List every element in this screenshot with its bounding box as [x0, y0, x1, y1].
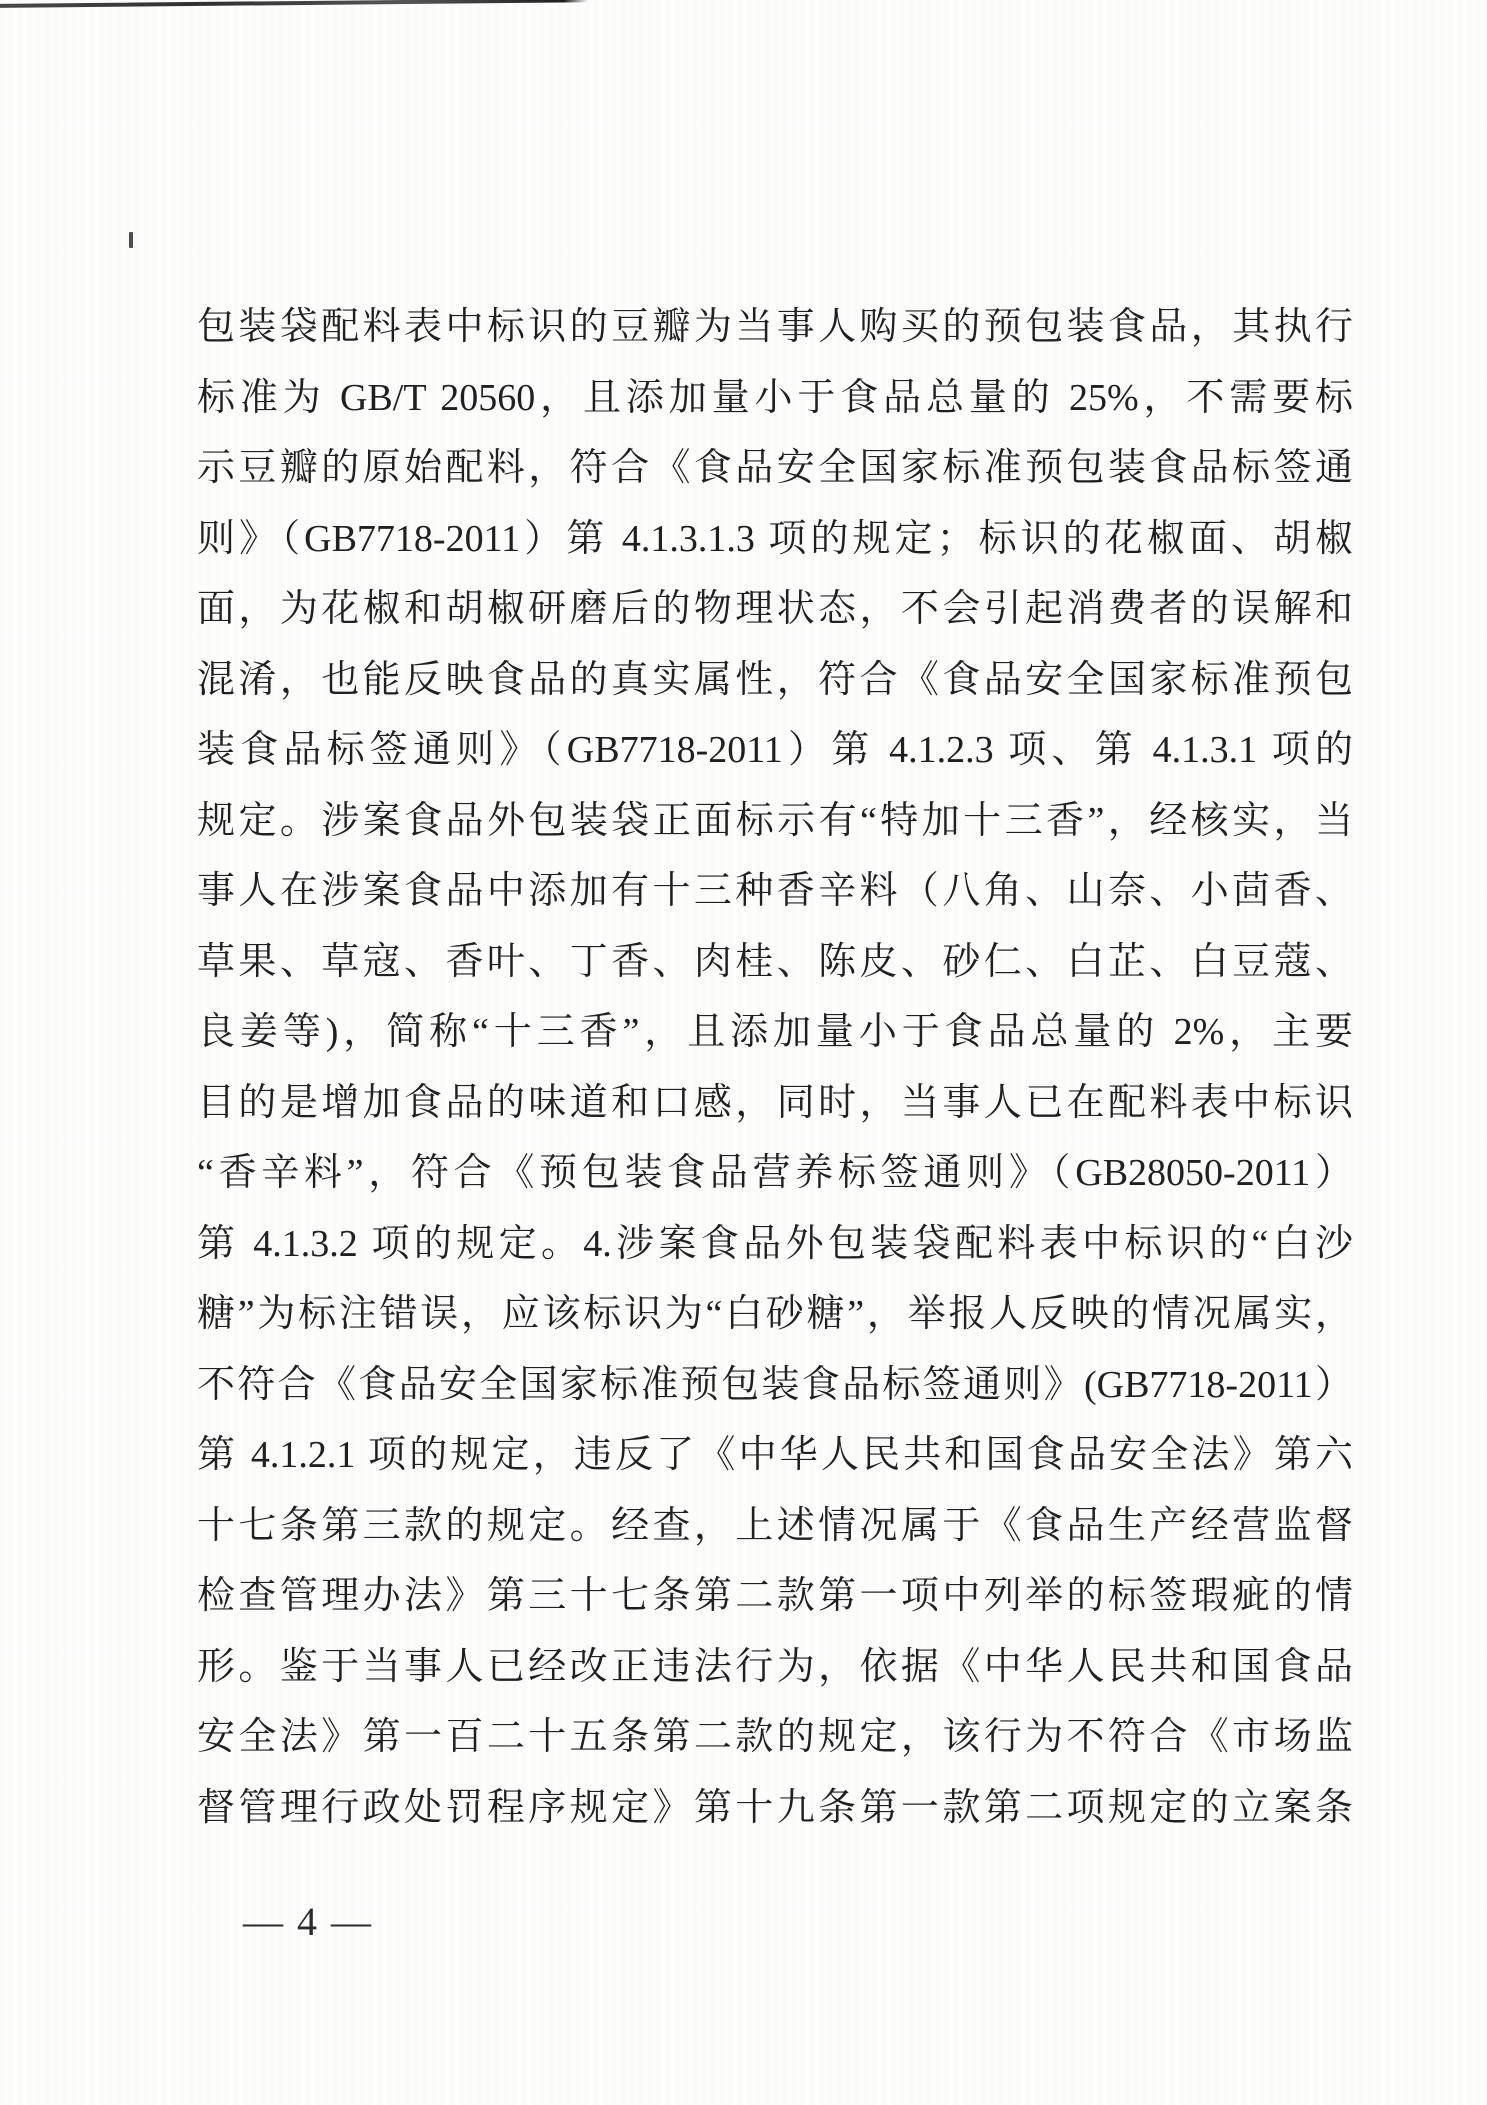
scan-artifact-top-edge	[0, 0, 588, 8]
text-line: 第 4.1.2.1 项的规定，违反了《中华人民共和国食品安全法》第六	[197, 1420, 1353, 1491]
text-line: 十七条第三款的规定。经查，上述情况属于《食品生产经营监督	[197, 1491, 1353, 1562]
text-line: 包装袋配料表中标识的豆瓣为当事人购买的预包装食品，其执行	[197, 292, 1353, 363]
text-line: 则》（GB7718-2011）第 4.1.3.1.3 项的规定；标识的花椒面、胡…	[197, 504, 1353, 575]
text-line: 形。鉴于当事人已经改正违法行为，依据《中华人民共和国食品	[197, 1632, 1353, 1703]
text-line: 检查管理办法》第三十七条第二款第一项中列举的标签瑕疵的情	[197, 1561, 1353, 1632]
text-line: “香辛料”，符合《预包装食品营养标签通则》（GB28050-2011）	[197, 1138, 1353, 1209]
text-line: 目的是增加食品的味道和口感，同时，当事人已在配料表中标识	[197, 1068, 1353, 1139]
text-line: 草果、草寇、香叶、丁香、肉桂、陈皮、砂仁、白芷、白豆蔻、	[197, 927, 1353, 998]
text-line: 不符合《食品安全国家标准预包装食品标签通则》(GB7718-2011）	[197, 1350, 1353, 1421]
text-line: 示豆瓣的原始配料，符合《食品安全国家标准预包装食品标签通	[197, 433, 1353, 504]
text-line: 第 4.1.3.2 项的规定。4.涉案食品外包装袋配料表中标识的“白沙	[197, 1209, 1353, 1280]
text-line: 事人在涉案食品中添加有十三种香辛料（八角、山奈、小茴香、	[197, 856, 1353, 927]
text-line: 混淆，也能反映食品的真实属性，符合《食品安全国家标准预包	[197, 645, 1353, 716]
document-page: 包装袋配料表中标识的豆瓣为当事人购买的预包装食品，其执行 标准为 GB/T 20…	[0, 0, 1487, 2105]
text-line: 督管理行政处罚程序规定》第十九条第一款第二项规定的立案条	[197, 1773, 1353, 1844]
page-number: — 4 —	[243, 1894, 373, 1950]
text-line: 糖”为标注错误，应该标识为“白砂糖”，举报人反映的情况属实，	[197, 1279, 1353, 1350]
text-line: 标准为 GB/T 20560，且添加量小于食品总量的 25%，不需要标	[197, 363, 1353, 434]
body-text: 包装袋配料表中标识的豆瓣为当事人购买的预包装食品，其执行 标准为 GB/T 20…	[197, 292, 1353, 1843]
text-line: 良姜等)，简称“十三香”，且添加量小于食品总量的 2%，主要	[197, 997, 1353, 1068]
text-line: 面，为花椒和胡椒研磨后的物理状态，不会引起消费者的误解和	[197, 574, 1353, 645]
text-line: 规定。涉案食品外包装袋正面标示有“特加十三香”，经核实，当	[197, 786, 1353, 857]
text-line: 安全法》第一百二十五条第二款的规定，该行为不符合《市场监	[197, 1702, 1353, 1773]
text-line: 装食品标签通则》（GB7718-2011）第 4.1.2.3 项、第 4.1.3…	[197, 715, 1353, 786]
scan-artifact-speck	[129, 232, 133, 248]
